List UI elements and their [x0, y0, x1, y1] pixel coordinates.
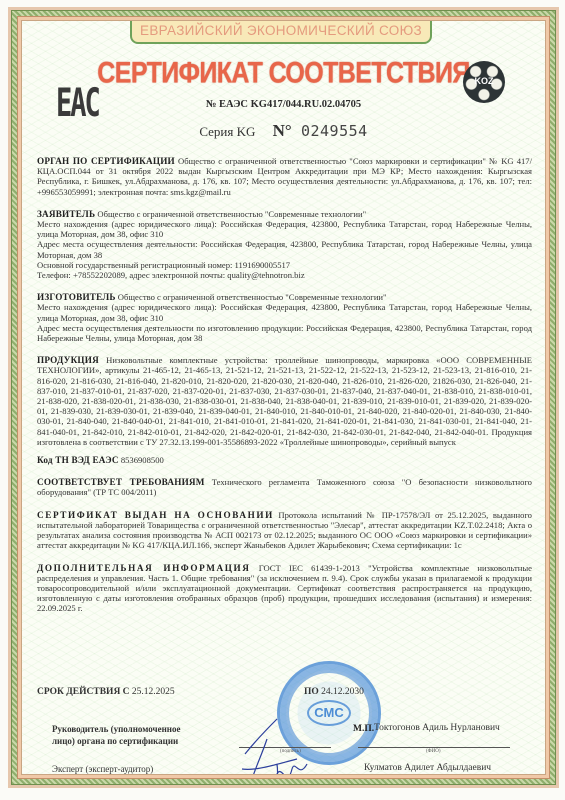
- section-text: Общество с ограниченной ответственностью…: [118, 292, 387, 302]
- expert-name: Кулматов Адилет Абдылдаевич: [364, 763, 491, 773]
- section-label: ДОПОЛНИТЕЛЬНАЯ ИНФОРМАЦИЯ: [37, 563, 250, 573]
- section-label: ОРГАН ПО СЕРТИФИКАЦИИ: [37, 156, 175, 166]
- section-label: ПРОДУКЦИЯ: [37, 355, 99, 365]
- certificate-number: № ЕАЭС KG417/044.RU.02.04705: [22, 99, 545, 110]
- serial-number: 0249554: [301, 122, 368, 140]
- section-text: Общество с ограниченной ответственностью…: [97, 209, 366, 219]
- section-tn-ved: Код ТН ВЭД ЕАЭС 8536908500: [37, 455, 532, 465]
- validity-from-date: 25.12.2025: [132, 687, 175, 697]
- validity-to-date: 24.12.2030: [321, 687, 364, 697]
- section-manufacturer: ИЗГОТОВИТЕЛЬ Общество с ограниченной отв…: [37, 292, 532, 343]
- section-conforms: СООТВЕТСТВУЕТ ТРЕБОВАНИЯМ Технического р…: [37, 477, 532, 497]
- section-label: ИЗГОТОВИТЕЛЬ: [37, 292, 116, 302]
- name-caption: (ФИО): [426, 749, 441, 754]
- inner-border: ЕВРАЗИЙСКИЙ ЭКОНОМИЧЕСКИЙ СОЮЗ ЕАС СЕРТИ…: [17, 16, 550, 779]
- tn-ved-code: 8536908500: [121, 455, 164, 465]
- head-role-line: лицо) органа по сертификации: [52, 735, 180, 747]
- validity-from: СРОК ДЕЙСТВИЯ С 25.12.2025: [37, 687, 175, 697]
- section-applicant: ЗАЯВИТЕЛЬ Общество с ограниченной ответс…: [37, 209, 532, 280]
- handwritten-signature-icon: [237, 709, 327, 775]
- applicant-legal-address: Место нахождения (адрес юридического лиц…: [37, 219, 532, 239]
- validity-to: ПО 24.12.2030: [304, 687, 364, 697]
- number-mark: N°: [273, 121, 292, 140]
- union-banner: ЕВРАЗИЙСКИЙ ЭКОНОМИЧЕСКИЙ СОЮЗ: [130, 20, 432, 44]
- section-product: ПРОДУКЦИЯ Низковольтные комплектные устр…: [37, 355, 532, 447]
- section-issued-basis: СЕРТИФИКАТ ВЫДАН НА ОСНОВАНИИ Протокола …: [37, 510, 532, 551]
- expert-role-line: Эксперт (эксперт-аудитор): [52, 763, 175, 775]
- head-name: Токтогонов Адиль Нурланович: [374, 723, 500, 733]
- section-text: Низковольтные комплектные устройства: тр…: [37, 355, 532, 447]
- certificate-body: ЕВРАЗИЙСКИЙ ЭКОНОМИЧЕСКИЙ СОЮЗ ЕАС СЕРТИ…: [21, 20, 546, 775]
- section-additional-info: ДОПОЛНИТЕЛЬНАЯ ИНФОРМАЦИЯ ГОСТ IEC 61439…: [37, 563, 532, 614]
- head-role: Руководитель (уполномоченное лицо) орган…: [52, 723, 180, 747]
- certificate-content: ОРГАН ПО СЕРТИФИКАЦИИ Общество с огранич…: [37, 156, 532, 626]
- stamp-place-label: М.П.: [353, 724, 374, 734]
- head-name-line: [358, 747, 510, 748]
- validity-to-label: ПО: [304, 687, 319, 697]
- section-label: Код ТН ВЭД ЕАЭС: [37, 455, 119, 465]
- head-role-line: Руководитель (уполномоченное: [52, 723, 180, 735]
- validity-label: СРОК ДЕЙСТВИЯ С: [37, 687, 130, 697]
- applicant-ogrn: Основной государственный регистрационный…: [37, 260, 532, 270]
- ornamental-border: ЕВРАЗИЙСКИЙ ЭКОНОМИЧЕСКИЙ СОЮЗ ЕАС СЕРТИ…: [11, 10, 556, 785]
- series-row: Серия KG N° 0249554: [22, 121, 545, 141]
- expert-role: Эксперт (эксперт-аудитор) (эксперты (экс…: [52, 763, 175, 775]
- series-label: Серия KG: [199, 124, 255, 139]
- applicant-activity-address: Адрес места осуществления деятельности: …: [37, 239, 532, 259]
- koz-hologram-icon: KOZ: [463, 61, 505, 103]
- manufacturer-legal-address: Место нахождения (адрес юридического лиц…: [37, 302, 532, 322]
- section-label: СООТВЕТСТВУЕТ ТРЕБОВАНИЯМ: [37, 477, 205, 487]
- manufacturer-production-address: Адрес места осуществления деятельности п…: [37, 323, 532, 343]
- certificate-sheet: ЕВРАЗИЙСКИЙ ЭКОНОМИЧЕСКИЙ СОЮЗ ЕАС СЕРТИ…: [8, 7, 559, 788]
- section-label: ЗАЯВИТЕЛЬ: [37, 209, 95, 219]
- section-label: СЕРТИФИКАТ ВЫДАН НА ОСНОВАНИИ: [37, 510, 274, 520]
- applicant-contacts: Телефон: +78552202089, адрес электронной…: [37, 270, 532, 280]
- section-certification-body: ОРГАН ПО СЕРТИФИКАЦИИ Общество с огранич…: [37, 156, 532, 197]
